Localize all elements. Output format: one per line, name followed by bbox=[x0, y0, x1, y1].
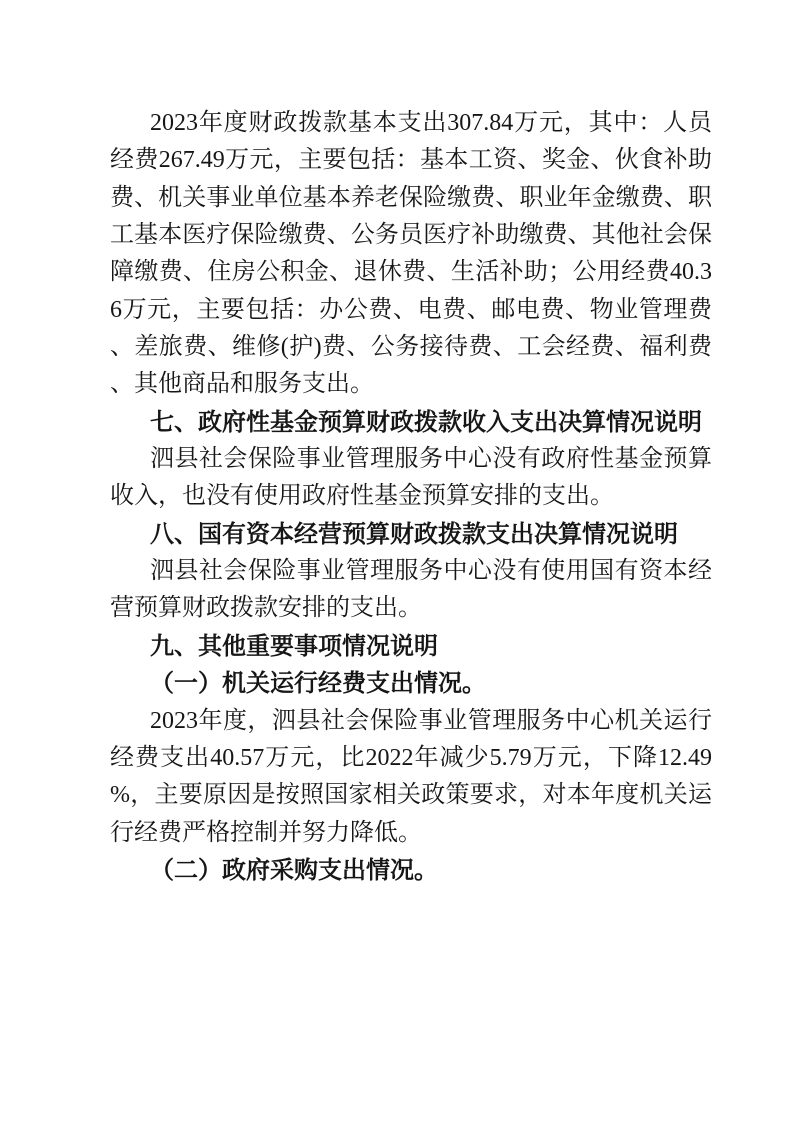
section-heading-9-other-important-matters: 九、其他重要事项情况说明 bbox=[110, 628, 712, 665]
paragraph-line: 、其他商品和服务支出。 bbox=[110, 366, 712, 403]
paragraph-line: %，主要原因是按照国家相关政策要求，对本年度机关运 bbox=[110, 777, 712, 814]
paragraph-line: 行经费严格控制并努力降低。 bbox=[110, 815, 712, 852]
paragraph-line: 工基本医疗保险缴费、公务员医疗补助缴费、其他社会保 bbox=[110, 217, 712, 254]
paragraph-line: 、差旅费、维修(护)费、公务接待费、工会经费、福利费 bbox=[110, 329, 712, 366]
body-paragraph-government-fund: 泗县社会保险事业管理服务中心没有政府性基金预算 收入，也没有使用政府性基金预算安… bbox=[110, 441, 712, 516]
paragraph-line: 泗县社会保险事业管理服务中心没有使用国有资本经 bbox=[110, 553, 712, 590]
subsection-heading-2-government-procurement: （二）政府采购支出情况。 bbox=[110, 852, 712, 889]
paragraph-line: 6万元，主要包括：办公费、电费、邮电费、物业管理费 bbox=[110, 292, 712, 329]
body-paragraph-state-capital: 泗县社会保险事业管理服务中心没有使用国有资本经 营预算财政拨款安排的支出。 bbox=[110, 553, 712, 628]
paragraph-line: 经费267.49万元，主要包括：基本工资、奖金、伙食补助 bbox=[110, 142, 712, 179]
paragraph-line: 2023年度，泗县社会保险事业管理服务中心机关运行 bbox=[110, 703, 712, 740]
body-paragraph-basic-expenditure: 2023年度财政拨款基本支出307.84万元，其中：人员 经费267.49万元，… bbox=[110, 105, 712, 404]
paragraph-line: 收入，也没有使用政府性基金预算安排的支出。 bbox=[110, 478, 712, 515]
paragraph-line: 障缴费、住房公积金、退休费、生活补助；公用经费40.3 bbox=[110, 254, 712, 291]
section-heading-7-government-fund-budget: 七、政府性基金预算财政拨款收入支出决算情况说明 bbox=[110, 404, 712, 441]
body-paragraph-operating-expense: 2023年度，泗县社会保险事业管理服务中心机关运行 经费支出40.57万元，比2… bbox=[110, 703, 712, 852]
document-body: 2023年度财政拨款基本支出307.84万元，其中：人员 经费267.49万元，… bbox=[110, 105, 712, 889]
paragraph-line: 泗县社会保险事业管理服务中心没有政府性基金预算 bbox=[110, 441, 712, 478]
paragraph-line: 2023年度财政拨款基本支出307.84万元，其中：人员 bbox=[110, 105, 712, 142]
document-page: 2023年度财政拨款基本支出307.84万元，其中：人员 经费267.49万元，… bbox=[0, 0, 793, 1122]
paragraph-line: 营预算财政拨款安排的支出。 bbox=[110, 590, 712, 627]
subsection-heading-1-operating-expense: （一）机关运行经费支出情况。 bbox=[110, 665, 712, 702]
section-heading-8-state-capital-budget: 八、国有资本经营预算财政拨款支出决算情况说明 bbox=[110, 516, 712, 553]
paragraph-line: 费、机关事业单位基本养老保险缴费、职业年金缴费、职 bbox=[110, 180, 712, 217]
paragraph-line: 经费支出40.57万元，比2022年减少5.79万元，下降12.49 bbox=[110, 740, 712, 777]
